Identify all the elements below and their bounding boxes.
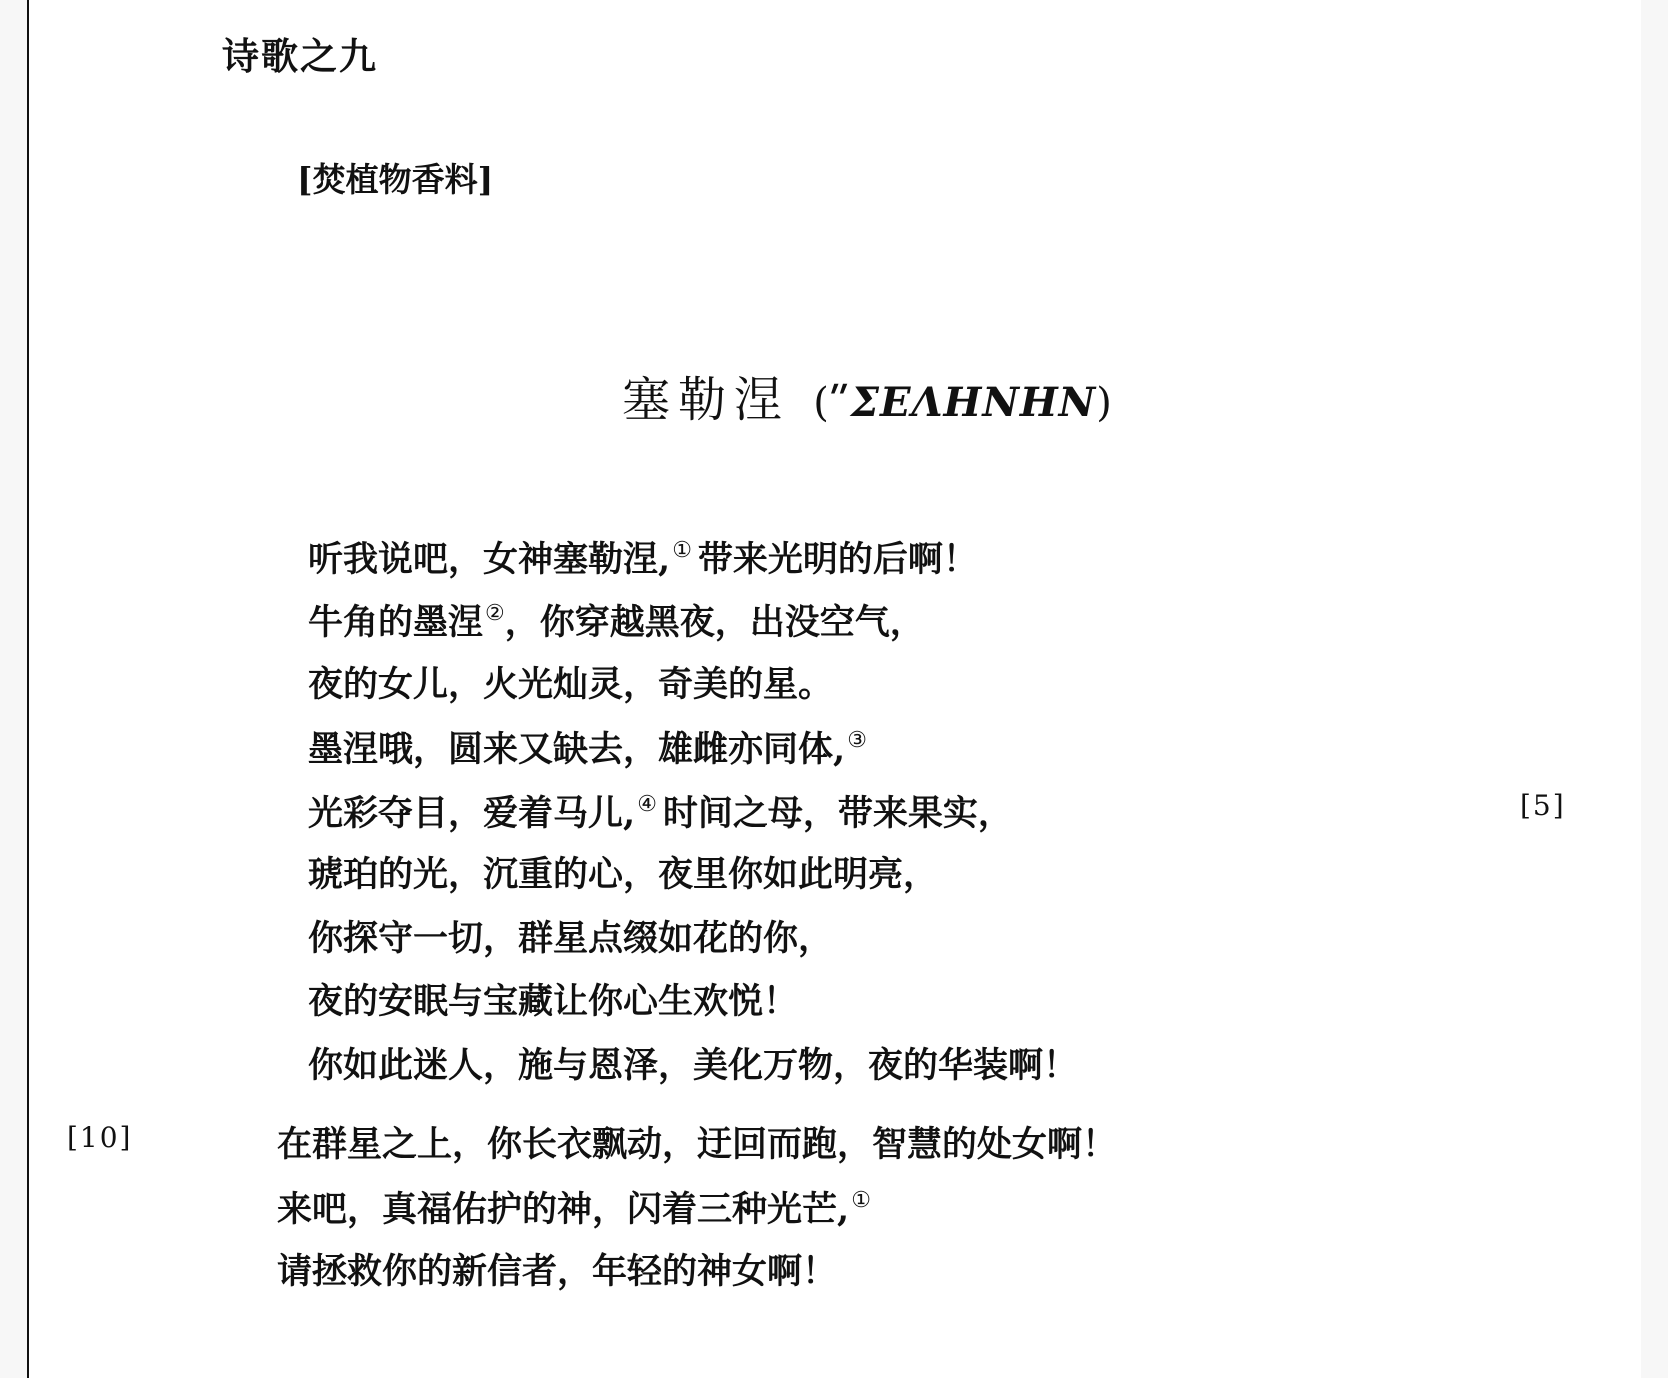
footnote-marker[interactable]: ④ <box>637 792 657 817</box>
footnote-marker[interactable]: ① <box>672 538 692 563</box>
poem-line: 墨涅哦，圆来又缺去，雄雌亦同体,③ <box>308 730 873 767</box>
document-page: 诗歌之九 [焚植物香料] 塞勒涅 (ʺΣΕΛΗΝΗΝ) 听我说吧，女神塞勒涅,①… <box>27 0 1641 1378</box>
footnote-marker[interactable]: ① <box>851 1188 871 1213</box>
poem-line: 光彩夺目，爱着马儿,④时间之母，带来果实， <box>308 794 1013 831</box>
poem-line: 夜的安眠与宝藏让你心生欢悦！ <box>308 984 798 1019</box>
poem-line: 夜的女儿，火光灿灵，奇美的星。 <box>308 667 833 702</box>
poem-line: 在群星之上，你长衣飘动，迂回而跑，智慧的处女啊！ <box>277 1127 1117 1162</box>
poem-title-greek: ʺΣΕΛΗΝΗΝ <box>829 379 1096 426</box>
line-number-5: [5] <box>1520 792 1566 820</box>
poem-title: 塞勒涅 (ʺΣΕΛΗΝΗΝ) <box>622 376 1112 424</box>
title-paren-close: ) <box>1096 380 1112 426</box>
section-title: 诗歌之九 <box>222 38 378 75</box>
poem-title-chinese: 塞勒涅 <box>622 372 790 428</box>
poem-line: 请拯救你的新信者，年轻的神女啊！ <box>277 1254 837 1289</box>
title-paren-open: ( <box>813 380 829 426</box>
poem-line: 你探守一切，群星点缀如花的你， <box>308 921 833 956</box>
footnote-marker[interactable]: ③ <box>847 728 867 753</box>
line-number-10: [10] <box>67 1124 132 1152</box>
rubric: [焚植物香料] <box>297 163 493 196</box>
poem-line: 牛角的墨涅②，你穿越黑夜，出没空气， <box>308 603 925 640</box>
poem-line: 琥珀的光，沉重的心，夜里你如此明亮， <box>308 857 938 892</box>
footnote-marker[interactable]: ② <box>485 601 505 626</box>
poem-line: 听我说吧，女神塞勒涅,①带来光明的后啊！ <box>308 540 978 577</box>
poem-line: 你如此迷人，施与恩泽，美化万物，夜的华装啊！ <box>308 1048 1078 1083</box>
poem-line: 来吧，真福佑护的神，闪着三种光芒,① <box>277 1190 877 1227</box>
